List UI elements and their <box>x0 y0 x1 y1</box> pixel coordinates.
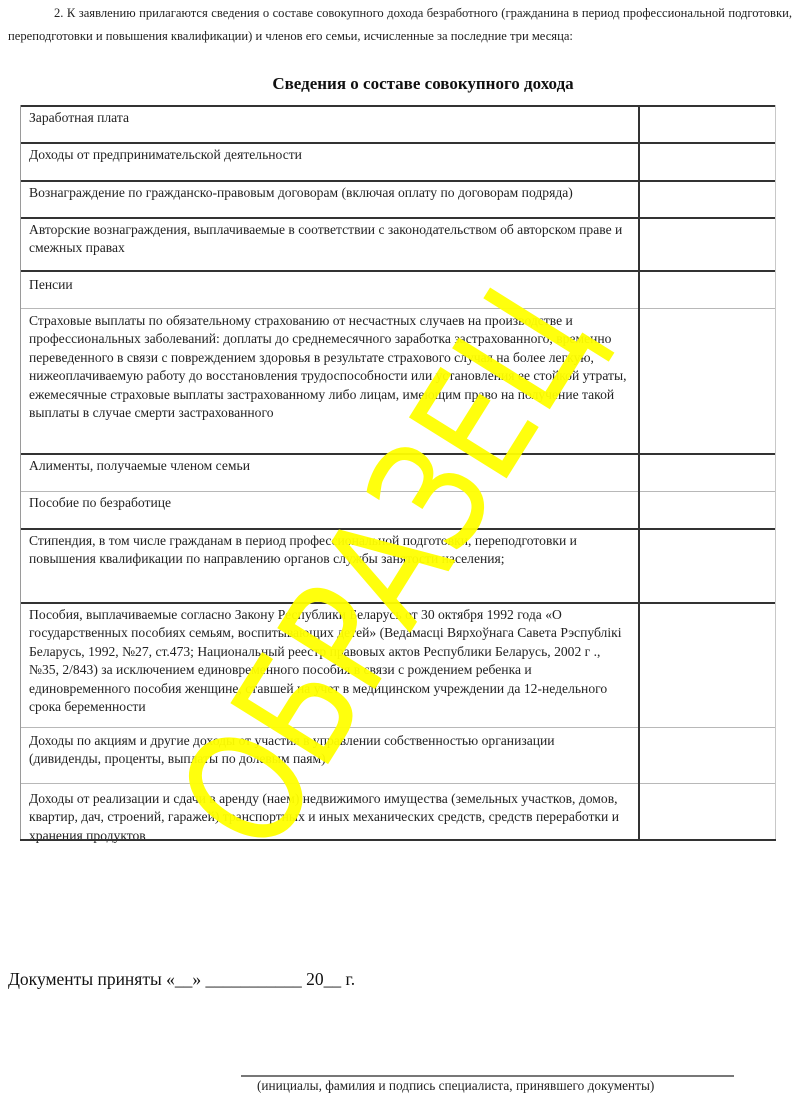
income-amount-cell[interactable] <box>638 728 775 783</box>
income-type-label: Стипендия, в том числе гражданам в перио… <box>29 532 629 569</box>
table-bottom-border <box>20 839 776 841</box>
signature-line[interactable] <box>241 1075 734 1077</box>
income-amount-cell[interactable] <box>638 492 775 528</box>
signature-caption: (инициалы, фамилия и подпись специалиста… <box>257 1078 654 1094</box>
table-left-border <box>20 105 21 840</box>
income-type-label: Вознаграждение по гражданско-правовым до… <box>29 184 629 202</box>
income-type-label: Алименты, получаемые членом семьи <box>29 457 629 475</box>
table-row: Пособие по безработице <box>20 491 775 528</box>
income-amount-cell[interactable] <box>638 604 775 727</box>
income-amount-cell[interactable] <box>638 530 775 602</box>
table-row: Заработная плата <box>20 105 775 142</box>
income-amount-cell[interactable] <box>638 182 775 217</box>
table-row: Авторские вознаграждения, выплачиваемые … <box>20 217 775 270</box>
table-title: Сведения о составе совокупного дохода <box>0 74 800 94</box>
income-amount-cell[interactable] <box>638 107 775 142</box>
income-amount-cell[interactable] <box>638 144 775 180</box>
table-row: Вознаграждение по гражданско-правовым до… <box>20 180 775 217</box>
table-column-divider <box>638 105 640 840</box>
table-row: Пенсии <box>20 270 775 308</box>
income-type-label: Пенсии <box>29 276 629 294</box>
intro-paragraph: 2. К заявлению прилагаются сведения о со… <box>8 2 792 48</box>
income-type-label: Доходы от предпринимательской деятельнос… <box>29 146 629 164</box>
table-row: Алименты, получаемые членом семьи <box>20 453 775 491</box>
documents-accepted-line: Документы приняты «__» ___________ 20__ … <box>8 969 355 990</box>
income-type-label: Пособие по безработице <box>29 494 629 512</box>
income-amount-cell[interactable] <box>638 784 775 839</box>
income-amount-cell[interactable] <box>638 309 775 453</box>
intro-text: 2. К заявлению прилагаются сведения о со… <box>8 6 792 43</box>
income-type-label: Авторские вознаграждения, выплачиваемые … <box>29 221 629 258</box>
table-right-border <box>775 105 776 840</box>
table-row: Страховые выплаты по обязательному страх… <box>20 308 775 453</box>
table-row: Стипендия, в том числе гражданам в перио… <box>20 528 775 602</box>
table-row: Пособия, выплачиваемые согласно Закону Р… <box>20 602 775 727</box>
income-type-label: Заработная плата <box>29 109 629 127</box>
table-row: Доходы от реализации и сдачи в аренду (н… <box>20 783 775 839</box>
income-amount-cell[interactable] <box>638 455 775 491</box>
income-type-label: Страховые выплаты по обязательному страх… <box>29 312 629 422</box>
income-amount-cell[interactable] <box>638 272 775 308</box>
income-type-label: Доходы от реализации и сдачи в аренду (н… <box>29 790 629 845</box>
income-type-label: Пособия, выплачиваемые согласно Закону Р… <box>29 606 629 716</box>
income-type-label: Доходы по акциям и другие доходы от учас… <box>29 732 629 769</box>
table-row: Доходы по акциям и другие доходы от учас… <box>20 727 775 783</box>
table-row: Доходы от предпринимательской деятельнос… <box>20 142 775 180</box>
income-amount-cell[interactable] <box>638 219 775 270</box>
